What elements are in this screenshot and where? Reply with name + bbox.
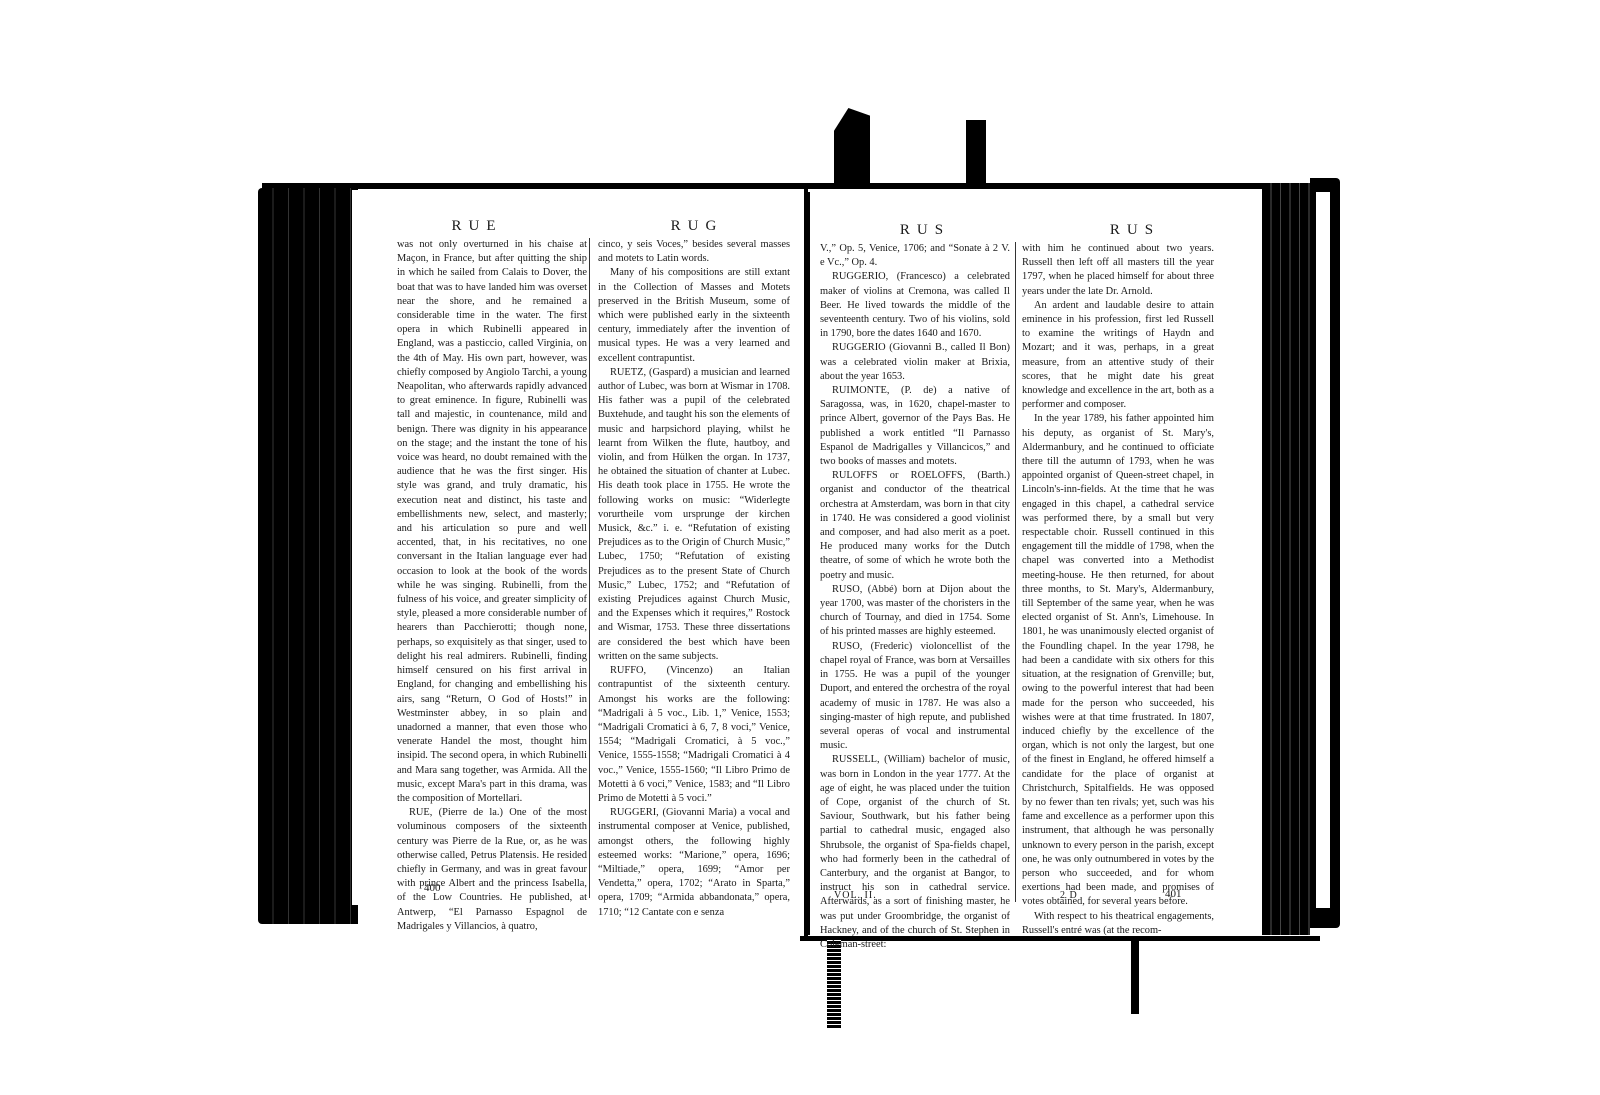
paragraph-entry-ruggerio-giovanni: RUGGERIO (Giovanni B., called Il Bon) wa…: [820, 341, 1010, 384]
paragraph-entry-ruso-abbe: RUSO, (Abbé) born at Dijon about the yea…: [820, 583, 1010, 640]
signature-mark: 2 D: [1060, 890, 1078, 901]
paragraph: In the year 1789, his father appointed h…: [1022, 412, 1214, 909]
left-page-column-2: cinco, y seis Voces,” besides several ma…: [598, 238, 790, 920]
running-head-left: RUE: [372, 218, 582, 235]
paragraph: Many of his compositions are still extan…: [598, 266, 790, 365]
right-page-column-2: with him he continued about two years. R…: [1022, 242, 1214, 938]
right-page-column-1: V.,” Op. 5, Venice, 1706; and “Sonate à …: [820, 242, 1010, 952]
running-head-right: RUS: [1030, 222, 1240, 239]
book-right-page-block: [1262, 183, 1310, 935]
paragraph: With respect to his theatrical engagemen…: [1022, 910, 1214, 938]
paragraph-entry-ruggeri: RUGGERI, (Giovanni Maria) a vocal and in…: [598, 806, 790, 920]
book-right-cover-edge: [1310, 178, 1340, 928]
paragraph-entry-ruimonte: RUIMONTE, (P. de) a native of Saragossa,…: [820, 384, 1010, 469]
book-top-edge: [262, 183, 1262, 189]
paragraph: V.,” Op. 5, Venice, 1706; and “Sonate à …: [820, 242, 1010, 270]
book-left-cover-edge: [258, 188, 358, 924]
paragraph-entry-ruggerio-francesco: RUGGERIO, (Francesco) a celebrated maker…: [820, 270, 1010, 341]
page-number-right: 401: [1165, 888, 1182, 900]
paragraph: was not only overturned in his chaise at…: [397, 238, 587, 806]
bookmark-tab-top-small: [966, 120, 986, 184]
column-rule: [589, 238, 590, 898]
bookmark-tab-top: [834, 108, 870, 184]
volume-label: VOL. II.: [834, 890, 877, 901]
paragraph-entry-ruso-frederic: RUSO, (Frederic) violoncellist of the ch…: [820, 640, 1010, 754]
paragraph-entry-ruffo: RUFFO, (Vincenzo) an Italian contrapunti…: [598, 664, 790, 806]
paragraph: with him he continued about two years. R…: [1022, 242, 1214, 299]
paragraph: cinco, y seis Voces,” besides several ma…: [598, 238, 790, 266]
left-page-column-1: was not only overturned in his chaise at…: [397, 238, 587, 934]
left-page: RUE RUG was not only overturned in his c…: [352, 190, 806, 905]
right-page: RUS RUS V.,” Op. 5, Venice, 1706; and “S…: [808, 192, 1262, 935]
running-head-right: RUG: [592, 218, 802, 235]
running-head-left: RUS: [820, 222, 1030, 239]
paragraph-entry-ruloffs: RULOFFS or ROELOFFS, (Barth.) organist a…: [820, 469, 1010, 583]
bookmark-tab-bottom: [1131, 938, 1139, 1014]
paragraph: An ardent and laudable desire to attain …: [1022, 299, 1214, 413]
paragraph-entry-ruetz: RUETZ, (Gaspard) a musician and learned …: [598, 366, 790, 664]
paragraph-entry-rue: RUE, (Pierre de la.) One of the most vol…: [397, 806, 587, 934]
paragraph-entry-russell: RUSSELL, (William) bachelor of music, wa…: [820, 753, 1010, 952]
page-number-left: 400: [424, 882, 441, 894]
column-rule: [1015, 242, 1016, 902]
